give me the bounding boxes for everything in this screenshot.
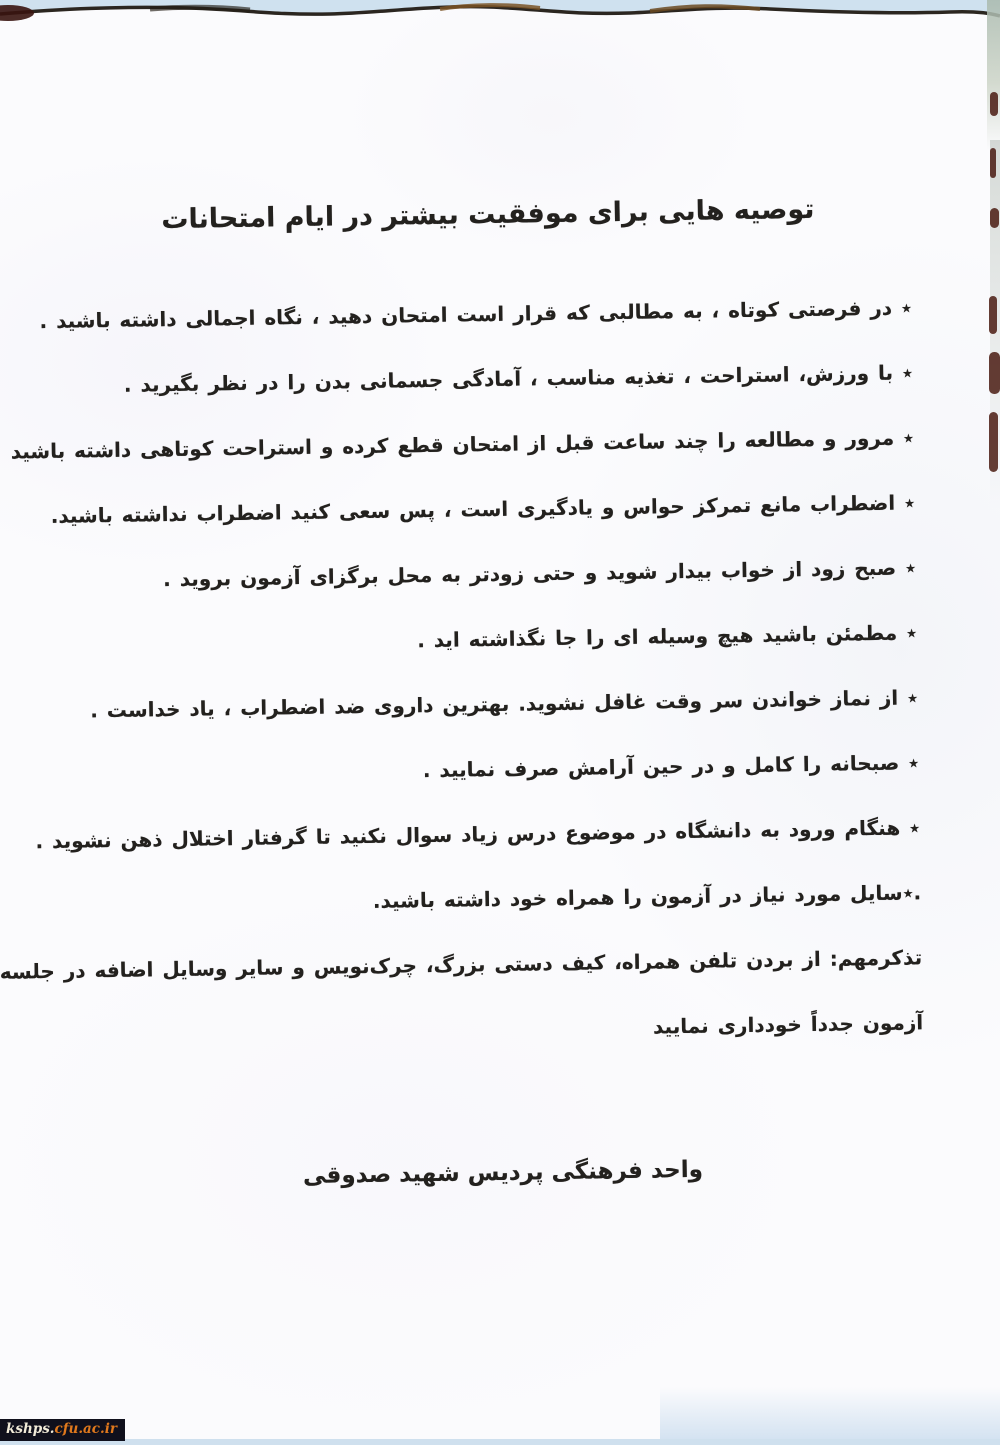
- watermark-site-prefix: kshps.: [6, 1422, 55, 1437]
- scan-edge-artifact: [989, 352, 1000, 394]
- important-note-line-2: آزمون جدداً خودداری نمایید: [78, 1007, 923, 1050]
- signature-unit-name: واحد فرهنگی پردیس شهید صدوقی: [80, 1149, 925, 1196]
- important-note-line-1: تذکرمهم: از بردن تلفن همراه، کیف دستی بز…: [77, 942, 922, 985]
- tip-line: ٭ اضطراب مانع تمرکز حواس و یادگیری است ،…: [70, 487, 915, 530]
- scan-edge-artifact: [989, 296, 997, 334]
- watermark-url: kshps. cfu.ac.ir: [0, 1419, 125, 1441]
- tip-line: ٭ با ورزش، استراحت ، تغذیه مناسب ، آمادگ…: [68, 357, 913, 400]
- tip-line: ٭ مرور و مطالعه را چند ساعت قبل از امتحا…: [69, 422, 914, 465]
- scan-edge-artifact: [990, 208, 999, 228]
- tip-line: ٭ صبحانه را کامل و در حین آرامش صرف نمای…: [74, 747, 919, 790]
- scan-edge-artifact: [990, 92, 998, 116]
- scan-bottom-tint: [660, 1387, 1000, 1439]
- scan-edge-artifact: [989, 412, 998, 472]
- tip-line: ٭ در فرصتی کوتاه ، به مطالبی که قرار است…: [67, 292, 912, 335]
- document-body: توصیه هایی برای موفقیت بیشتر در ایام امت…: [65, 185, 926, 1196]
- tip-line: ٭ مطمئن باشید هیچ وسیله ای را جا نگذاشته…: [72, 617, 917, 660]
- scan-right-edge-strip: [987, 0, 1000, 150]
- tip-line: ٭ صبح زود از خواب بیدار شوید و حتی زودتر…: [71, 552, 916, 595]
- watermark-site-domain: cfu.ac.ir: [55, 1422, 117, 1437]
- tip-line: ٭ از نماز خواندن سر وقت غافل نشوید. بهتر…: [73, 682, 918, 725]
- tip-line: ٭ هنگام ورود به دانشگاه در موضوع درس زیا…: [75, 812, 920, 855]
- document-title: توصیه هایی برای موفقیت بیشتر در ایام امت…: [65, 185, 911, 243]
- scan-top-edge-artifact: [0, 0, 1000, 40]
- tip-line: ‏.٭سایل مورد نیاز در آزمون را همراه خود …: [76, 877, 921, 920]
- scan-bottom-edge-strip: [0, 1439, 1000, 1445]
- scanned-document-page: { "page": { "title": "توصیه هایی برای مو…: [0, 0, 1000, 1445]
- scan-edge-artifact: [990, 148, 996, 178]
